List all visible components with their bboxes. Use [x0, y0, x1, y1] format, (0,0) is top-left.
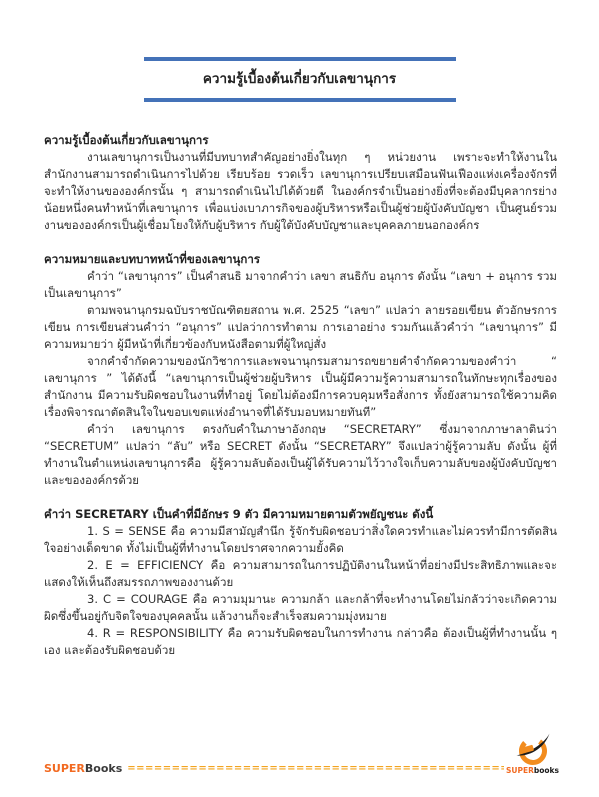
document-body: ความรู้เบื้องต้นเกี่ยวกับเลขานุการ งานเล…: [0, 132, 599, 659]
section-heading-meaning: ความหมายและบทบาทหน้าที่ของเลขานุการ: [44, 251, 557, 268]
paragraph: งานเลขานุการเป็นงานที่มีบทบาทสำคัญอย่างย…: [44, 149, 557, 234]
title-banner: ความรู้เบื้องต้นเกี่ยวกับเลขานุการ: [144, 57, 456, 102]
superbooks-swoosh-icon: [513, 732, 551, 767]
list-item-efficiency: 2. E = EFFICIENCY คือ ความสามารถในการปฏิ…: [44, 557, 557, 591]
footer-divider: ========================================…: [127, 763, 504, 775]
list-item-sense: 1. S = SENSE คือ ความมีสามัญสำนึก รู้จัก…: [44, 523, 557, 557]
footer-brand-books: Books: [85, 762, 122, 775]
footer-brand-super: SUPER: [44, 762, 85, 775]
paragraph: คำว่า “เลขานุการ” เป็นคำสนธิ มาจากคำว่า …: [44, 268, 557, 302]
paragraph: คำว่า เลขานุการ ตรงกับคำในภาษาอังกฤษ “SE…: [44, 421, 557, 489]
page-footer: SUPERBooks =============================…: [44, 732, 559, 775]
section-heading-secretary-letters: คำว่า SECRETARY เป็นคำที่มีอักษร 9 ตัว ม…: [44, 506, 557, 523]
document-page: ความรู้เบื้องต้นเกี่ยวกับเลขานุการ ความร…: [0, 0, 599, 797]
superbooks-logo: SUPERbooks: [506, 732, 559, 775]
page-title: ความรู้เบื้องต้นเกี่ยวกับเลขานุการ: [148, 71, 452, 89]
paragraph: ตามพจนานุกรมฉบับราชบัณฑิตยสถาน พ.ศ. 2525…: [44, 302, 557, 353]
list-item-courage: 3. C = COURAGE คือ ความมุมานะ ความกล้า แ…: [44, 591, 557, 625]
paragraph: จากคำจำกัดความของนักวิชาการและพจนานุกรมส…: [44, 353, 557, 421]
section-heading-intro: ความรู้เบื้องต้นเกี่ยวกับเลขานุการ: [44, 132, 557, 149]
list-item-responsibility: 4. R = RESPONSIBILITY คือ ความรับผิดชอบใ…: [44, 625, 557, 659]
footer-brand: SUPERBooks: [44, 763, 122, 775]
logo-text-super: SUPER: [506, 766, 534, 775]
logo-text-books: books: [534, 766, 559, 775]
superbooks-logo-text: SUPERbooks: [506, 767, 559, 775]
